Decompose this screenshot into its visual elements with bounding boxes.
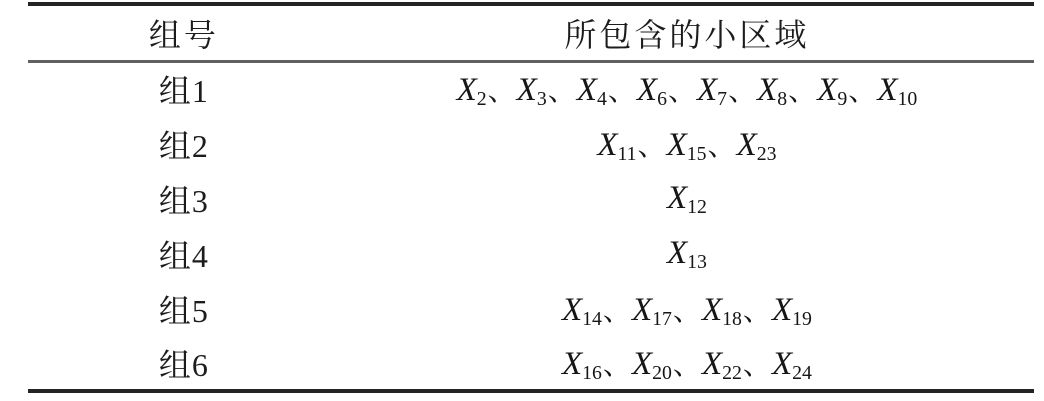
group-regions-table: 组号 所包含的小区域 组1X2、X3、X4、X6、X7、X8、X9、X10组2X… xyxy=(28,2,1034,393)
regions-list: X2、X3、X4、X6、X7、X8、X9、X10 xyxy=(340,61,1034,116)
table-body: 组1X2、X3、X4、X6、X7、X8、X9、X10组2X11、X15、X23组… xyxy=(28,61,1034,391)
region-variable: X10 xyxy=(877,72,917,108)
table-row: 组2X11、X15、X23 xyxy=(28,116,1034,171)
region-variable: X13 xyxy=(667,235,707,271)
enumeration-comma: 、 xyxy=(742,296,772,327)
regions-list: X16、X20、X22、X24 xyxy=(340,336,1034,391)
table-row: 组4X13 xyxy=(28,226,1034,281)
enumeration-comma: 、 xyxy=(487,76,517,107)
region-variable: X20 xyxy=(632,346,672,382)
enumeration-comma: 、 xyxy=(672,296,702,327)
region-variable: X19 xyxy=(772,292,812,328)
table-row: 组6X16、X20、X22、X24 xyxy=(28,336,1034,391)
region-variable: X9 xyxy=(817,72,847,108)
enumeration-comma: 、 xyxy=(607,76,637,107)
regions-list: X13 xyxy=(340,226,1034,281)
region-variable: X2 xyxy=(457,72,487,108)
region-variable: X6 xyxy=(637,72,667,108)
group-label: 组6 xyxy=(28,336,340,391)
region-variable: X4 xyxy=(577,72,607,108)
region-variable: X12 xyxy=(667,180,707,216)
region-variable: X7 xyxy=(697,72,727,108)
enumeration-comma: 、 xyxy=(742,350,772,381)
regions-list: X12 xyxy=(340,171,1034,226)
region-variable: X11 xyxy=(597,127,636,163)
header-row: 组号 所包含的小区域 xyxy=(28,4,1034,61)
enumeration-comma: 、 xyxy=(667,76,697,107)
group-label: 组2 xyxy=(28,116,340,171)
enumeration-comma: 、 xyxy=(672,350,702,381)
region-variable: X22 xyxy=(702,346,742,382)
enumeration-comma: 、 xyxy=(637,131,667,162)
group-label: 组4 xyxy=(28,226,340,281)
region-variable: X17 xyxy=(632,292,672,328)
paper-table-page: 组号 所包含的小区域 组1X2、X3、X4、X6、X7、X8、X9、X10组2X… xyxy=(0,0,1044,401)
region-variable: X14 xyxy=(562,292,602,328)
region-variable: X3 xyxy=(517,72,547,108)
group-label: 组1 xyxy=(28,61,340,116)
enumeration-comma: 、 xyxy=(707,131,737,162)
table-header: 组号 所包含的小区域 xyxy=(28,4,1034,61)
enumeration-comma: 、 xyxy=(547,76,577,107)
group-label: 组5 xyxy=(28,281,340,336)
region-variable: X8 xyxy=(757,72,787,108)
group-label: 组3 xyxy=(28,171,340,226)
table-row: 组5X14、X17、X18、X19 xyxy=(28,281,1034,336)
column-header-group-number: 组号 xyxy=(28,4,340,61)
region-variable: X23 xyxy=(737,127,777,163)
table-row: 组1X2、X3、X4、X6、X7、X8、X9、X10 xyxy=(28,61,1034,116)
enumeration-comma: 、 xyxy=(847,76,877,107)
regions-list: X14、X17、X18、X19 xyxy=(340,281,1034,336)
enumeration-comma: 、 xyxy=(727,76,757,107)
regions-list: X11、X15、X23 xyxy=(340,116,1034,171)
region-variable: X16 xyxy=(562,346,602,382)
enumeration-comma: 、 xyxy=(602,350,632,381)
enumeration-comma: 、 xyxy=(787,76,817,107)
region-variable: X24 xyxy=(772,346,812,382)
column-header-contained-regions: 所包含的小区域 xyxy=(340,4,1034,61)
table-row: 组3X12 xyxy=(28,171,1034,226)
region-variable: X15 xyxy=(667,127,707,163)
region-variable: X18 xyxy=(702,292,742,328)
enumeration-comma: 、 xyxy=(602,296,632,327)
